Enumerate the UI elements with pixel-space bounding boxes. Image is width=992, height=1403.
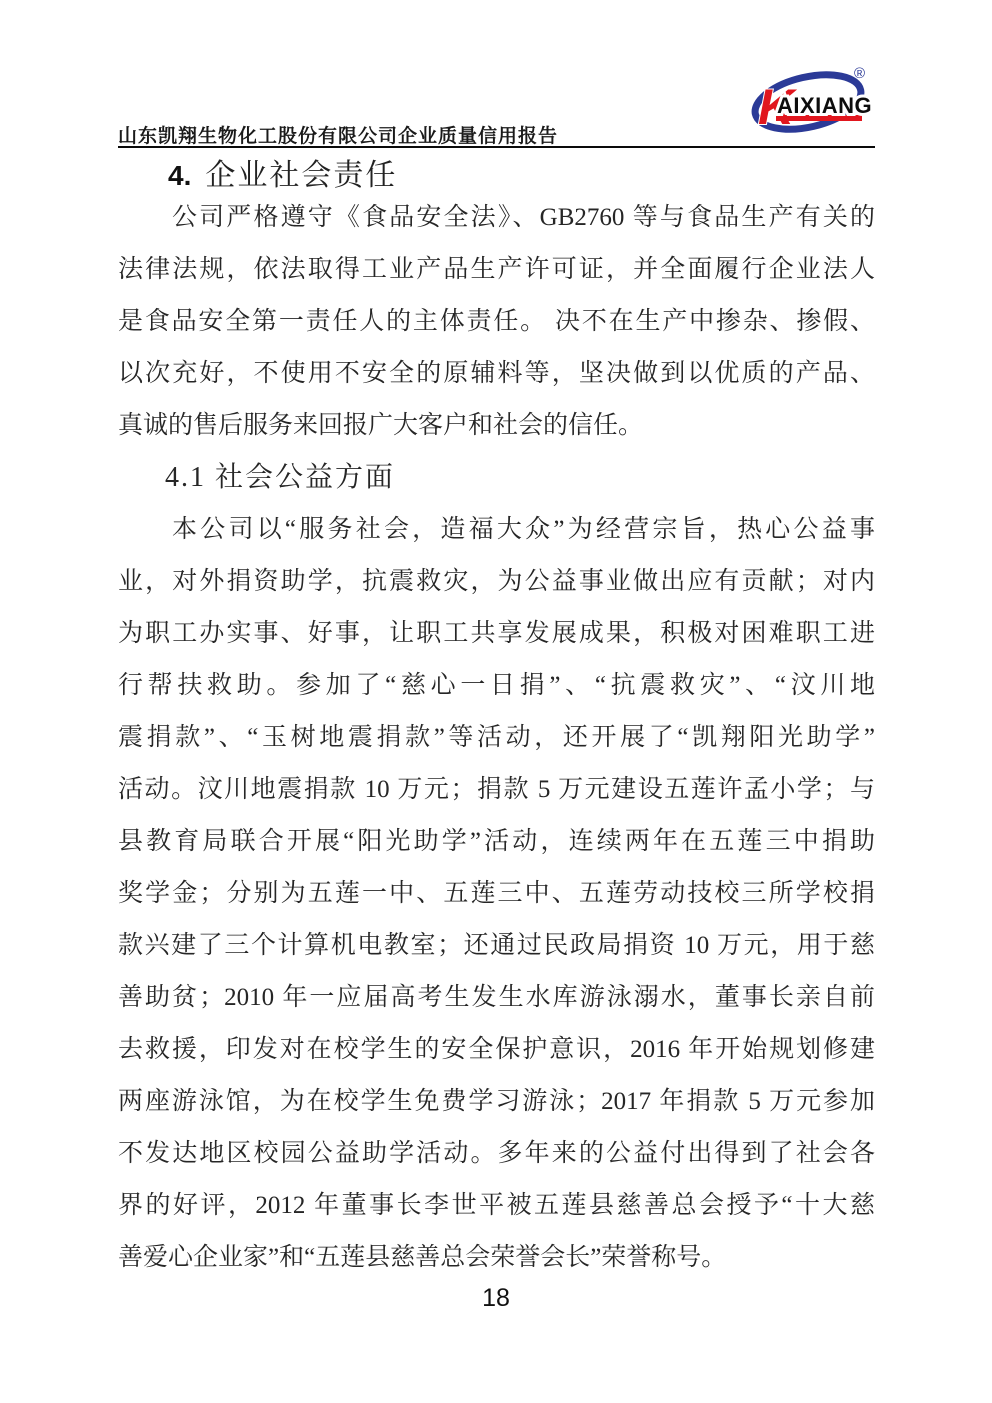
text-line: 是食品安全第一责任人的主体责任。 决不在生产中掺杂、掺假、 [118, 296, 875, 348]
text-line: 真诚的售后服务来回报广大客户和社会的信任。 [118, 400, 875, 452]
text-line: 款兴建了三个计算机电教室；还通过民政局捐资 10 万元，用于慈 [118, 920, 875, 972]
public-welfare-paragraph: 本公司以“服务社会，造福大众”为经营宗旨，热心公益事业，对外捐资助学，抗震救灾，… [118, 504, 875, 1284]
text-line: 活动。汶川地震捐款 10 万元；捐款 5 万元建设五莲许孟小学；与 [118, 764, 875, 816]
logo-registered-mark: ® [854, 65, 865, 82]
logo-brand-text: AIXIANG [777, 93, 872, 118]
text-line: 善助贫；2010 年一应届高考生发生水库游泳溺水，董事长亲自前 [118, 972, 875, 1024]
social-responsibility-paragraph: 公司严格遵守《食品安全法》、GB2760 等与食品生产有关的法律法规，依法取得工… [118, 192, 875, 452]
report-header-title: 山东凯翔生物化工股份有限公司企业质量信用报告 [118, 121, 558, 148]
text-line: 县教育局联合开展“阳光助学”活动，连续两年在五莲三中捐助 [118, 816, 875, 868]
text-line: 界的好评，2012 年董事长李世平被五莲县慈善总会授予“十大慈 [118, 1180, 875, 1232]
text-line: 本公司以“服务社会，造福大众”为经营宗旨，热心公益事 [118, 504, 875, 556]
section-number: 4. [168, 160, 191, 191]
header-divider-line [118, 146, 875, 148]
report-page: 山东凯翔生物化工股份有限公司企业质量信用报告 ® K AIXIANG 4.企业社… [0, 0, 992, 1403]
text-line: 奖学金；分别为五莲一中、五莲三中、五莲劳动技校三所学校捐 [118, 868, 875, 920]
section-title: 企业社会责任 [205, 159, 397, 192]
document-body: 4.企业社会责任 公司严格遵守《食品安全法》、GB2760 等与食品生产有关的法… [118, 160, 875, 1284]
text-line: 以次充好，不使用不安全的原辅料等，坚决做到以优质的产品、 [118, 348, 875, 400]
page-number: 18 [0, 1284, 992, 1313]
text-line: 行帮扶救助。参加了“慈心一日捐”、“抗震救灾”、“汶川地 [118, 660, 875, 712]
subsection-heading: 4.1 社会公益方面 [118, 452, 875, 504]
text-line: 善爱心企业家”和“五莲县慈善总会荣誉会长”荣誉称号。 [118, 1232, 875, 1284]
text-line: 不发达地区校园公益助学活动。多年来的公益付出得到了社会各 [118, 1128, 875, 1180]
text-line: 公司严格遵守《食品安全法》、GB2760 等与食品生产有关的 [118, 192, 875, 244]
section-heading: 4.企业社会责任 [118, 160, 875, 192]
text-line: 两座游泳馆，为在校学生免费学习游泳；2017 年捐款 5 万元参加 [118, 1076, 875, 1128]
text-line: 去救援，印发对在校学生的安全保护意识，2016 年开始规划修建 [118, 1024, 875, 1076]
text-line: 法律法规，依法取得工业产品生产许可证，并全面履行企业法人 [118, 244, 875, 296]
text-line: 业，对外捐资助学，抗震救灾，为公益事业做出应有贡献；对内 [118, 556, 875, 608]
text-line: 为职工办实事、好事，让职工共享发展成果，积极对困难职工进 [118, 608, 875, 660]
kaixiang-logo-icon: ® K AIXIANG [750, 60, 872, 142]
text-line: 震捐款”、“玉树地震捐款”等活动，还开展了“凯翔阳光助学” [118, 712, 875, 764]
